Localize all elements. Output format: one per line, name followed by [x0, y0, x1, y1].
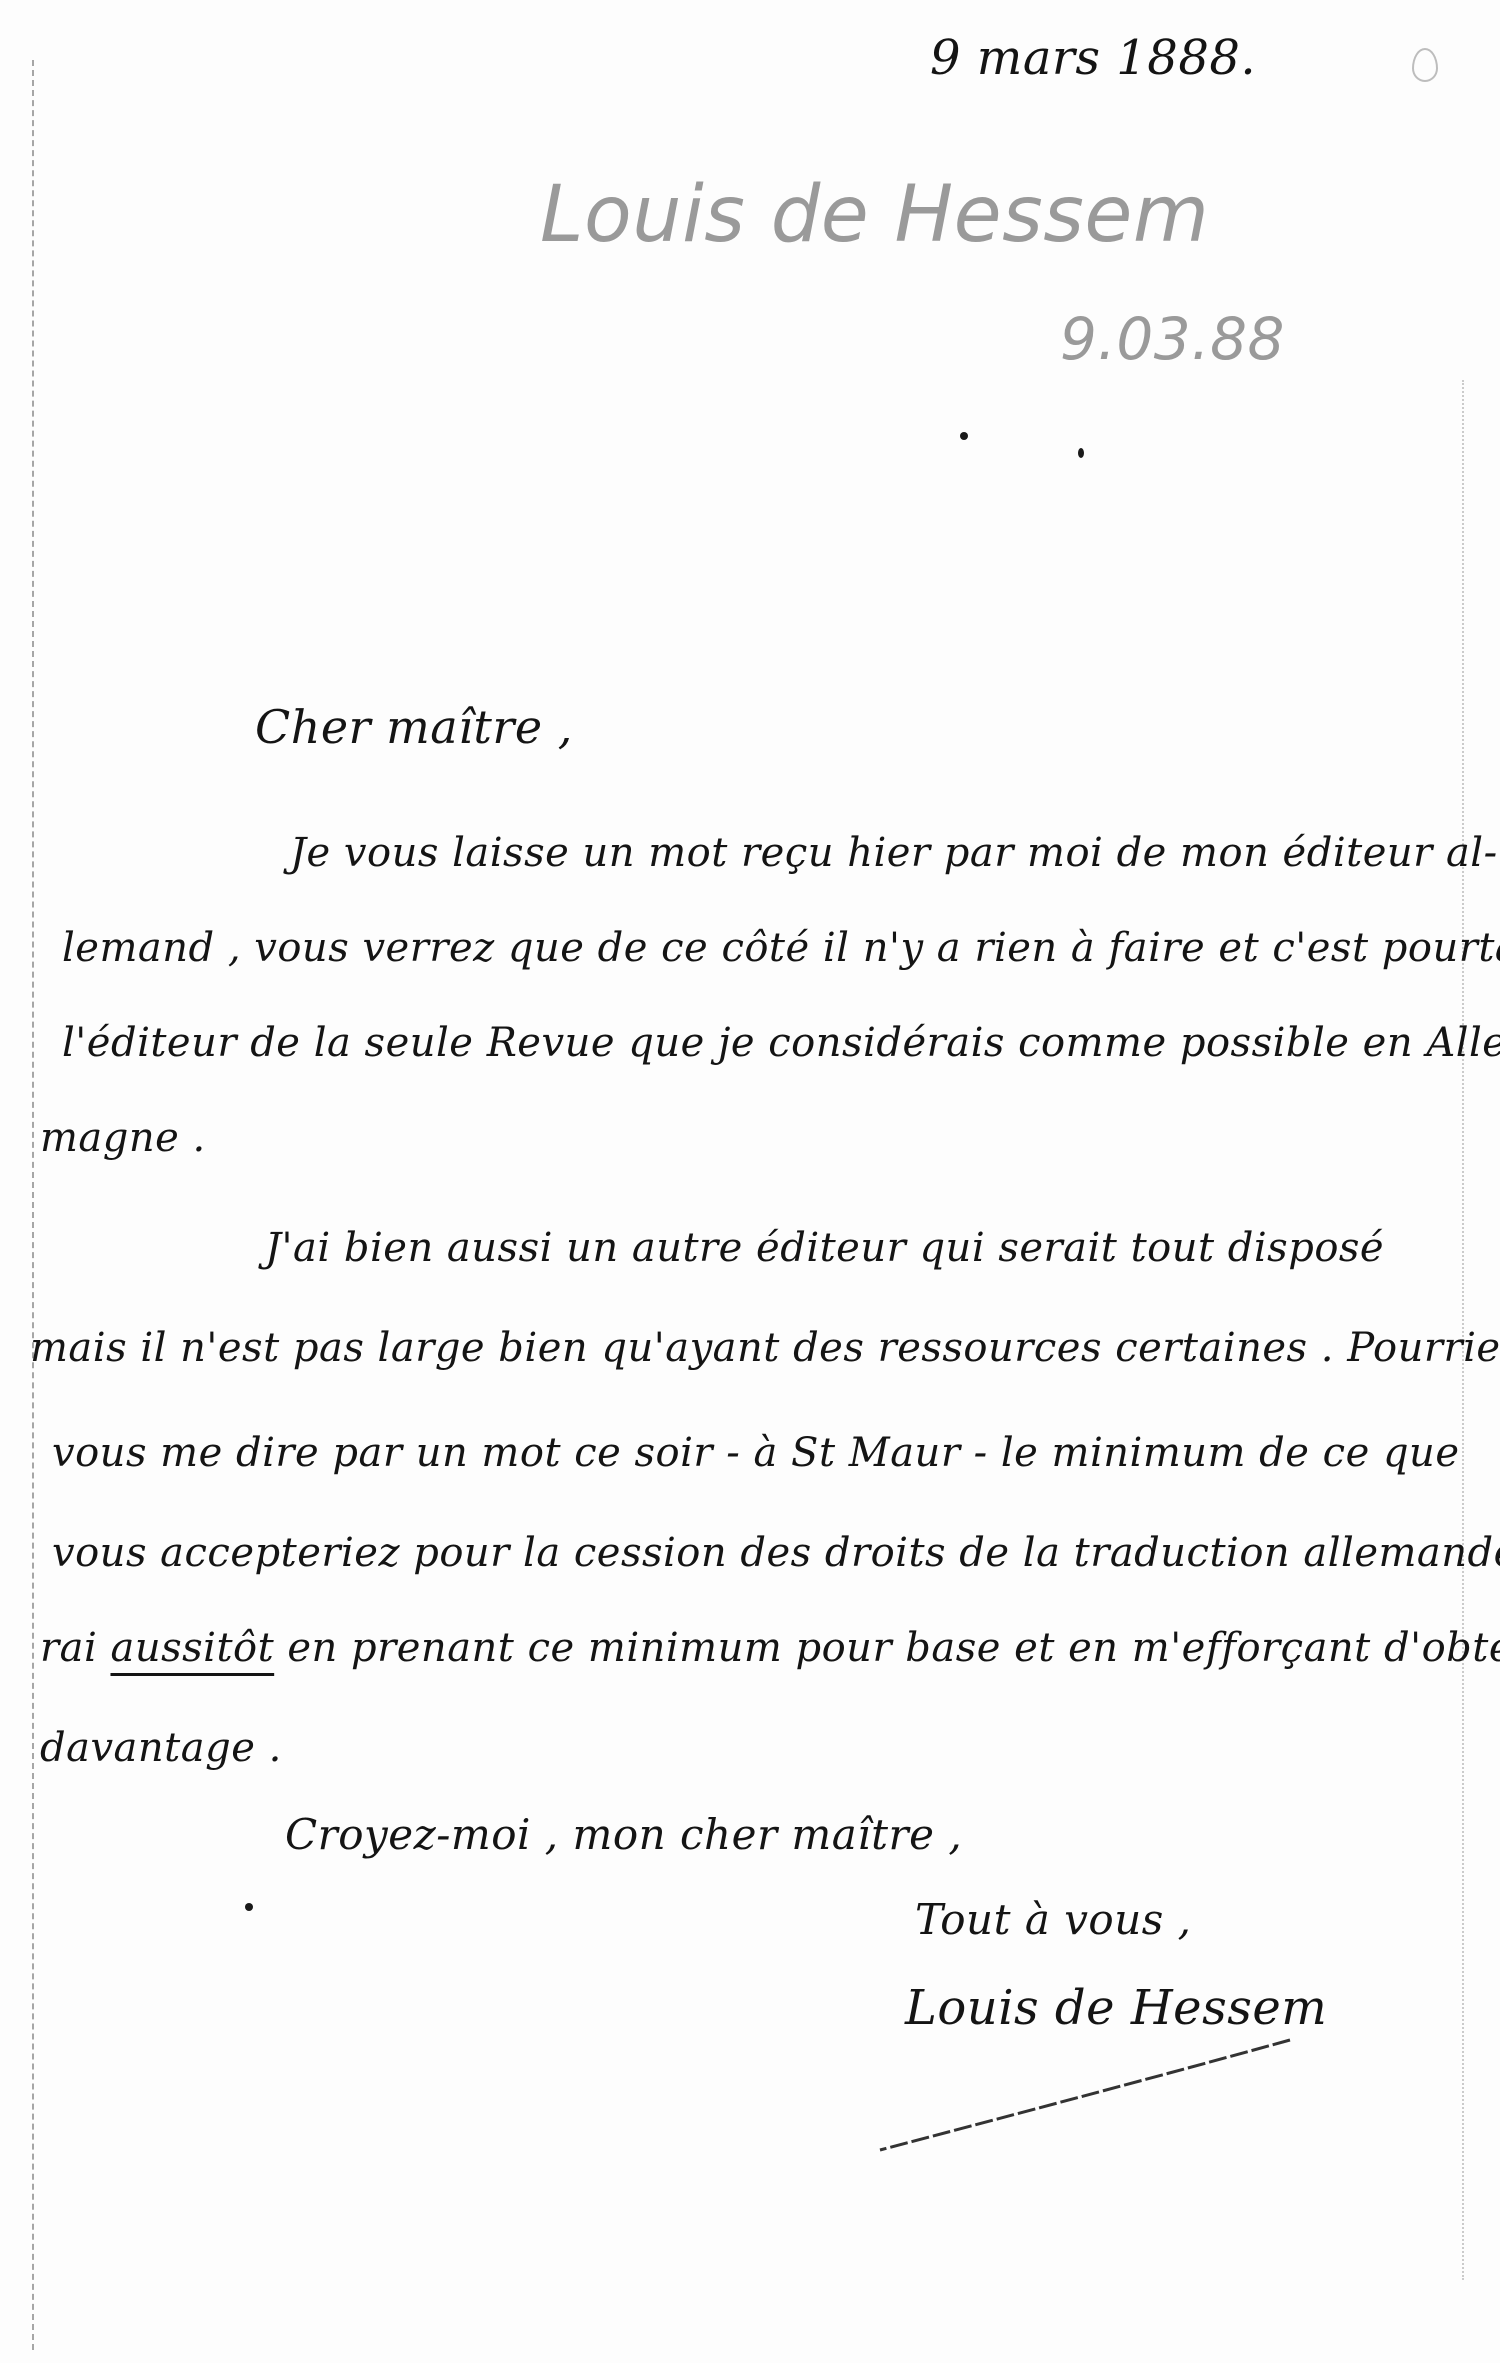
letter-page: 9 mars 1888. Louis de Hessem 9.03.88 Che…: [0, 0, 1500, 2363]
body-line: vous me dire par un mot ce soir - à St M…: [52, 1430, 1460, 1476]
signature-flourish: [870, 2010, 1330, 2170]
body-line: lemand , vous verrez que de ce côté il n…: [62, 925, 1500, 971]
body-text: rai: [40, 1625, 110, 1671]
salutation: Cher maître ,: [255, 700, 573, 754]
left-margin-binding-marks: [32, 60, 34, 2350]
body-line: l'éditeur de la seule Revue que je consi…: [62, 1020, 1500, 1066]
body-text: en prenant ce minimum pour base et en m'…: [274, 1625, 1500, 1671]
ink-spot: [245, 1903, 253, 1911]
body-line: davantage .: [40, 1725, 282, 1771]
letter-date: 9 mars 1888.: [930, 30, 1256, 86]
body-line: rai aussitôt en prenant ce minimum pour …: [40, 1625, 1500, 1671]
valediction: Tout à vous ,: [915, 1895, 1192, 1944]
closing-line: Croyez-moi , mon cher maître ,: [285, 1810, 962, 1859]
body-line: vous accepteriez pour la cession des dro…: [52, 1530, 1500, 1576]
underlined-word: aussitôt: [110, 1625, 274, 1671]
body-line: mais il n'est pas large bien qu'ayant de…: [30, 1325, 1500, 1371]
ink-spot: [960, 432, 968, 440]
body-line: magne .: [40, 1115, 206, 1161]
body-line: J'ai bien aussi un autre éditeur qui ser…: [265, 1225, 1384, 1271]
ink-spot: [1078, 448, 1084, 458]
corner-mark-icon: [1412, 48, 1438, 82]
pencil-annotation-name: Louis de Hessem: [540, 170, 1209, 260]
pencil-annotation-date: 9.03.88: [1060, 305, 1285, 373]
body-line: Je vous laisse un mot reçu hier par moi …: [290, 830, 1498, 876]
